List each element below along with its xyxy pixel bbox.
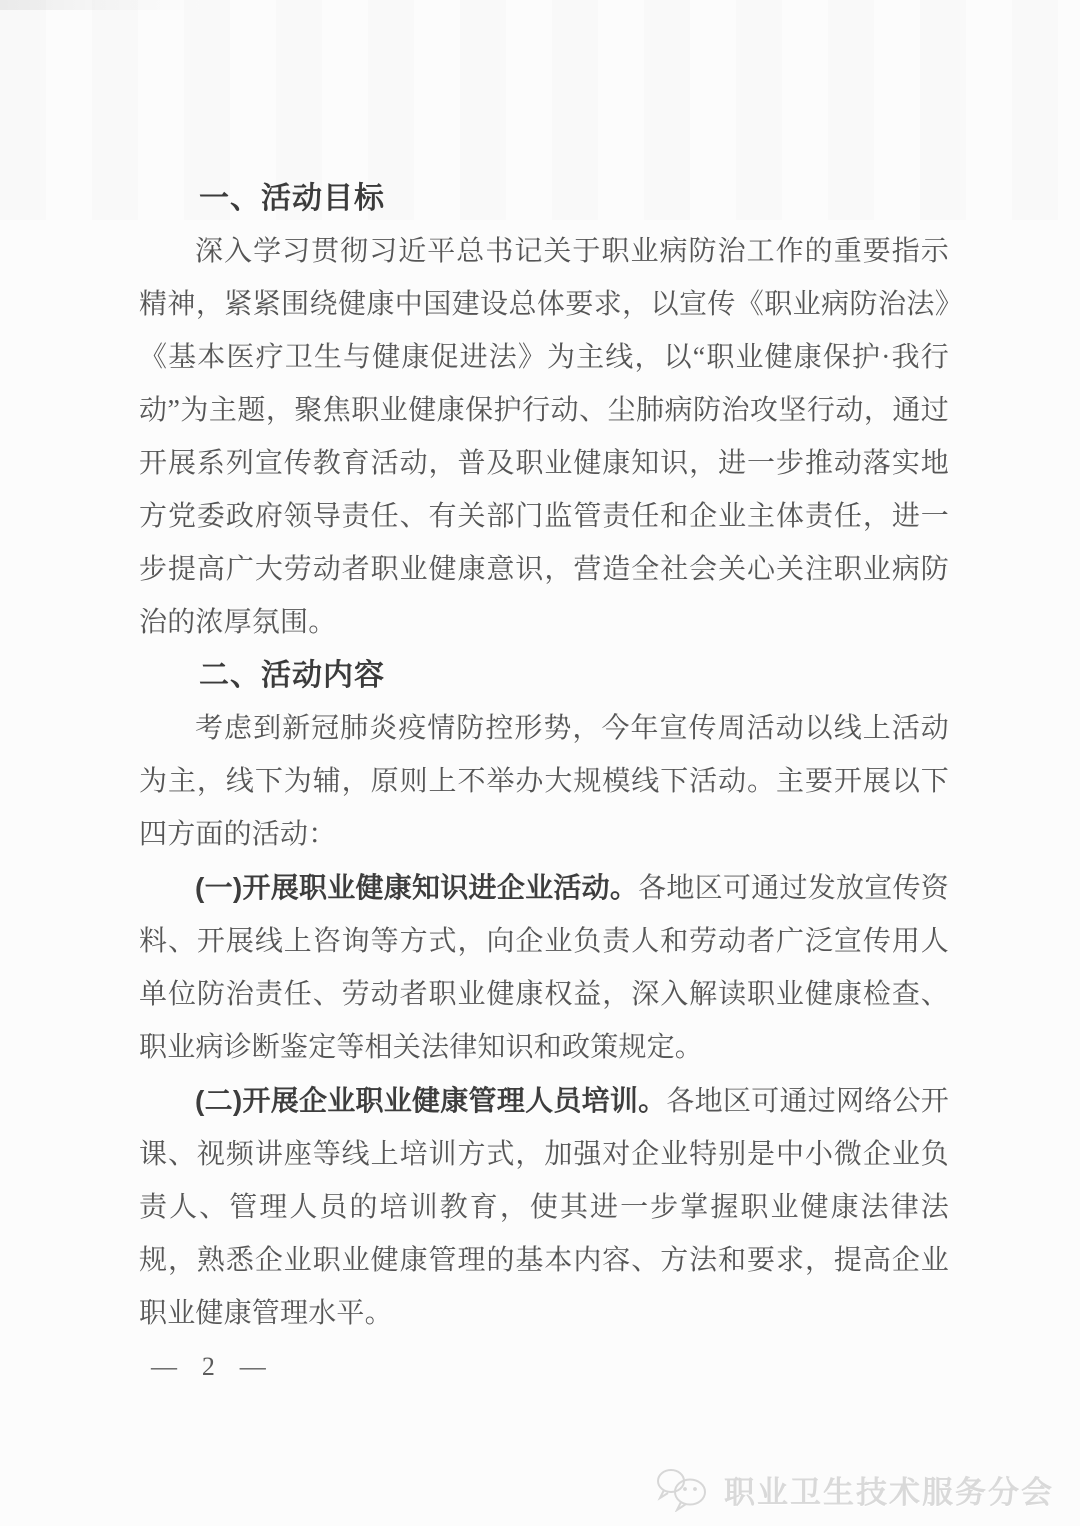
wechat-icon	[654, 1466, 712, 1512]
footer-watermark: 职业卫生技术服务分会	[654, 1466, 1054, 1512]
paragraph-text: 考虑到新冠肺炎疫情防控形势，今年宣传周活动以线上活动为主，线下为辅，原则上不举办…	[139, 713, 949, 850]
document-body: 一、活动目标 深入学习贯彻习近平总书记关于职业病防治工作的重要指示精神，紧紧围绕…	[139, 172, 949, 1393]
paragraph-lead-bold: (二)开展企业职业健康管理人员培训。	[195, 1085, 666, 1116]
paragraph-goals: 深入学习贯彻习近平总书记关于职业病防治工作的重要指示精神，紧紧围绕健康中国建设总…	[139, 225, 949, 649]
footer-brand-text: 职业卫生技术服务分会	[724, 1467, 1054, 1512]
paragraph-content-intro: 考虑到新冠肺炎疫情防控形势，今年宣传周活动以线上活动为主，线下为辅，原则上不举办…	[139, 702, 949, 861]
paragraph-text: 各地区可通过网络公开课、视频讲座等线上培训方式，加强对企业特别是中小微企业负责人…	[139, 1086, 949, 1329]
scan-edge-smudge	[0, 0, 210, 10]
section-heading-activity-content: 二、活动内容	[139, 649, 949, 702]
paragraph-item-2: (二)开展企业职业健康管理人员培训。各地区可通过网络公开课、视频讲座等线上培训方…	[139, 1074, 949, 1340]
page-number: — 2 —	[151, 1340, 949, 1393]
document-page: 一、活动目标 深入学习贯彻习近平总书记关于职业病防治工作的重要指示精神，紧紧围绕…	[0, 0, 1080, 1526]
paragraph-item-1: (一)开展职业健康知识进企业活动。各地区可通过发放宣传资料、开展线上咨询等方式，…	[139, 861, 949, 1074]
paragraph-text: 深入学习贯彻习近平总书记关于职业病防治工作的重要指示精神，紧紧围绕健康中国建设总…	[139, 236, 949, 638]
paragraph-lead-bold: (一)开展职业健康知识进企业活动。	[195, 872, 638, 903]
section-heading-activity-goals: 一、活动目标	[139, 172, 949, 225]
